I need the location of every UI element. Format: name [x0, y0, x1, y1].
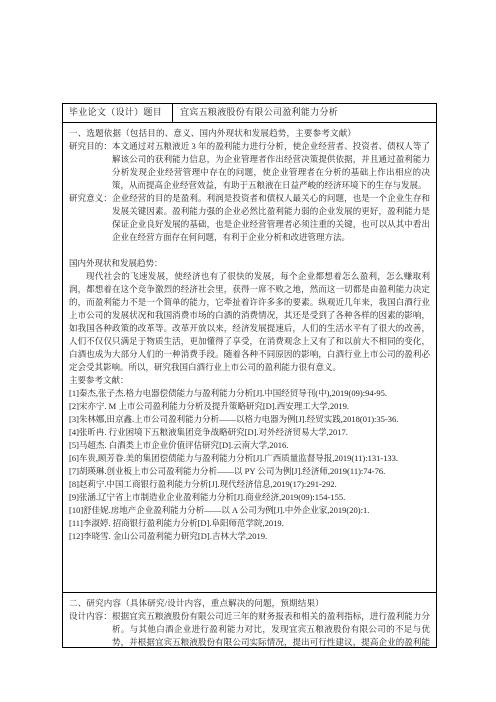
research-purpose-text: 本文通过对五粮液近 3 年的盈利能力进行分析，使企业经营者、投资者、债权人等了解…: [112, 141, 430, 190]
reference-item: [7]胡瑛琳.创业板上市公司盈利能力分析——以 PY 公司为例[J].经济师,2…: [69, 465, 430, 478]
section1-heading: 一、选题依据（包括目的、意义、国内外现状和发展趋势，主要参考文献）: [69, 126, 430, 140]
references-heading: 主要参考文献：: [69, 374, 430, 387]
document-page: 毕业论文（设计）题目 宜宾五粮液股份有限公司盈利能力分析 一、选题依据（包括目的…: [0, 0, 496, 702]
reference-item: [2]宋亦宁. M 上市公司盈利能力分析及提升策略研究[D].西安理工大学,20…: [69, 400, 430, 413]
thesis-title-value: 宜宾五粮液股份有限公司盈利能力分析: [173, 104, 436, 122]
reference-item: [8]赵莉宁.中国工商银行盈利能力分析[J].现代经济信息,2019(17):2…: [69, 478, 430, 491]
section-research-content: 二、研究内容（具体研究/设计内容，重点解决的问题，预期结果） 设计内容：根据宜宾…: [63, 593, 436, 648]
domestic-foreign-status-text: 现代社会的飞速发展，使经济也有了很快的发展，每个企业都想着怎么盈利，怎么赚取利润…: [69, 270, 430, 374]
research-purpose-label: 研究目的：: [69, 141, 112, 151]
section2-heading: 二、研究内容（具体研究/设计内容，重点解决的问题，预期结果）: [69, 596, 430, 610]
research-purpose-paragraph: 研究目的：本文通过对五粮液近 3 年的盈利能力进行分析，使企业经营者、投资者、债…: [69, 140, 430, 192]
reference-item: [3]朱林娜,田京鑫.上市公司盈利能力分析——以格力电器为例[J].经贸实践,2…: [69, 413, 430, 426]
reference-item: [5]马超杰. 白酒类上市企业价值评估研究[D].云南大学,2016.: [69, 439, 430, 452]
research-significance-label: 研究意义：: [69, 193, 112, 203]
reference-item: [9]张涵.辽宁省上市制造业企业盈利能力分析[J].商业经济,2019(09):…: [69, 491, 430, 504]
reference-item: [6]车贵,顾芳眷.美的集团偿债能力与盈利能力分析[J].广西质量监督导报,20…: [69, 452, 430, 465]
title-row: 毕业论文（设计）题目 宜宾五粮液股份有限公司盈利能力分析: [63, 104, 436, 123]
design-content-text: 根据宜宾五粮液股份有限公司近三年的财务报表和相关的盈利指标，进行盈利能力分析。与…: [112, 611, 430, 648]
reference-item: [11]李淑婷. 招商银行盈利能力分析[D].阜阳师范学院,2019.: [69, 517, 430, 530]
research-significance-paragraph: 研究意义：企业经营的目的是盈利。利润是投资者和债权人最关心的问题，也是一个企业生…: [69, 192, 430, 244]
design-content-paragraph: 设计内容：根据宜宾五粮液股份有限公司近三年的财务报表和相关的盈利指标，进行盈利能…: [69, 610, 430, 648]
design-content-label: 设计内容：: [69, 611, 112, 621]
domestic-foreign-status-heading: 国内外现状和发展趋势：: [69, 257, 430, 270]
research-significance-text: 企业经营的目的是盈利。利润是投资者和债权人最关心的问题，也是一个企业生存和发展关…: [112, 193, 430, 242]
reference-item: [12]李晓雪. 金山公司盈利能力研究[D].吉林大学,2019.: [69, 530, 430, 543]
reference-item: [1]秦杰,张子杰.格力电器偿债能力与盈利能力分析[J].中国经贸导刊(中),2…: [69, 387, 430, 400]
reference-item: [4]张昕冉. 行业困境下五粮液集团竞争战略研究[D].对外经济贸易大学,201…: [69, 426, 430, 439]
thesis-proposal-table: 毕业论文（设计）题目 宜宾五粮液股份有限公司盈利能力分析 一、选题依据（包括目的…: [62, 103, 437, 648]
section-topic-basis: 一、选题依据（包括目的、意义、国内外现状和发展趋势，主要参考文献） 研究目的：本…: [63, 123, 436, 593]
thesis-title-label: 毕业论文（设计）题目: [63, 104, 173, 122]
reference-item: [10]舒佳妮.房地产企业盈利能力分析——以 A 公司为例[J].中外企业家,2…: [69, 504, 430, 517]
